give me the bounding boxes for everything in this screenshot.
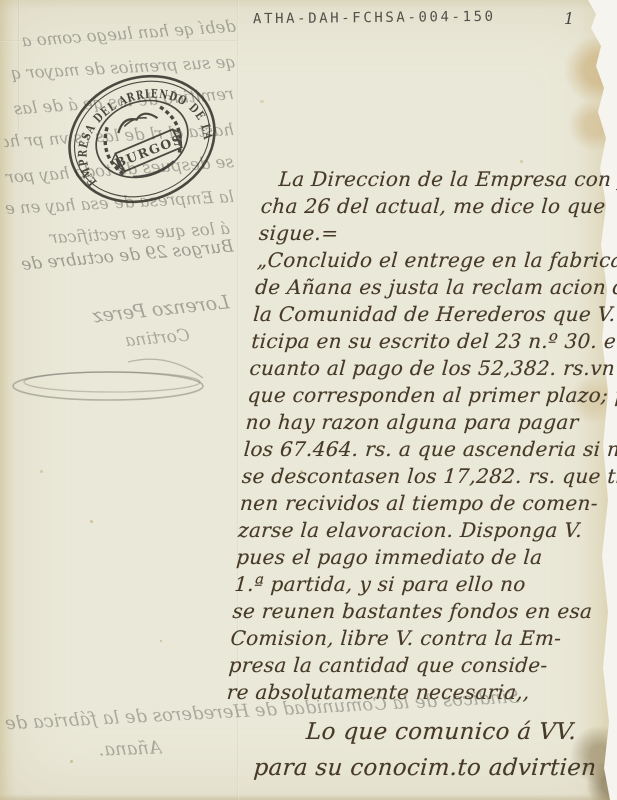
manuscript-line: La Direccion de la Empresa con fe- bbox=[278, 166, 617, 193]
manuscript-line: pues el pago immediato de la bbox=[235, 544, 611, 571]
paper-speck bbox=[90, 520, 93, 523]
manuscript-line: re absolutamente necesaria,, bbox=[226, 679, 602, 706]
paper-speck bbox=[160, 640, 162, 642]
manuscript-body: La Direccion de la Empresa con fe- cha 2… bbox=[220, 166, 617, 786]
manuscript-line: cha 26 del actual, me dice lo que bbox=[260, 193, 617, 220]
manuscript-line: cuanto al pago de los 52,382. rs.vn bbox=[249, 355, 617, 382]
manuscript-line: nen recividos al tiempo de comen- bbox=[239, 490, 615, 517]
company-oval-stamp: EMPRESA DEL ARRIENDO DE LA SAL. BURGOS bbox=[60, 64, 224, 214]
folio-number: 1 bbox=[564, 9, 574, 28]
manuscript-line: zarse la elavoracion. Disponga V. bbox=[237, 517, 613, 544]
archive-reference-code: ATHA-DAH-FCHSA-004-150 bbox=[253, 9, 496, 28]
manuscript-line: 1.ª partida, y si para ello no bbox=[233, 571, 609, 598]
manuscript-line: presa la cantidad que conside- bbox=[228, 652, 604, 679]
manuscript-line: sigue.= bbox=[258, 220, 617, 247]
manuscript-closing-line: para su conocim.to advirtien bbox=[252, 750, 597, 786]
paper-speck bbox=[260, 100, 264, 103]
manuscript-closing-line: Lo que comunico á VV. bbox=[305, 714, 600, 750]
bleedthrough-signature-flourish bbox=[8, 348, 218, 408]
paper-speck bbox=[40, 470, 43, 473]
manuscript-line: „Concluido el entrege en la fabrica bbox=[256, 247, 617, 274]
manuscript-line: que corresponden al primer plazo; pero bbox=[247, 382, 617, 409]
manuscript-line: ticipa en su escrito del 23 n.º 30. en bbox=[250, 328, 617, 355]
manuscript-line: Comision, libre V. contra la Em- bbox=[230, 625, 606, 652]
manuscript-line: la Comunidad de Herederos que V. par- bbox=[252, 301, 617, 328]
manuscript-line: los 67.464. rs. a que ascenderia si no bbox=[243, 436, 617, 463]
paper-speck bbox=[520, 160, 523, 163]
manuscript-line: se descontasen los 17,282. rs. que tie- bbox=[241, 463, 617, 490]
manuscript-line: se reunen bastantes fondos en esa bbox=[232, 598, 608, 625]
manuscript-line: no hay razon alguna para pagar bbox=[245, 409, 617, 436]
manuscript-line: de Añana es justa la reclam acion de bbox=[254, 274, 617, 301]
